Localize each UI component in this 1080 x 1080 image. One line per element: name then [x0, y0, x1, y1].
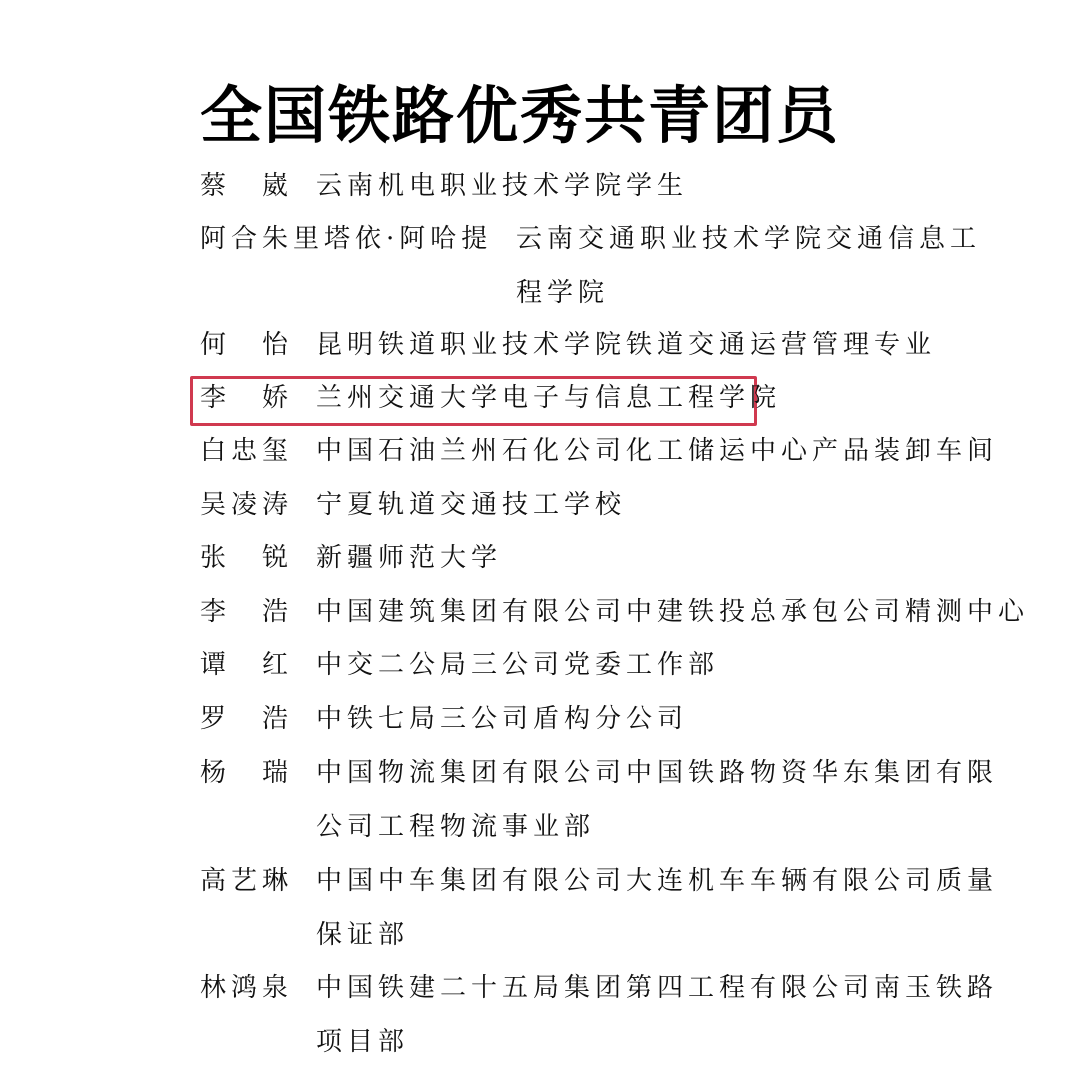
person-name: 罗 浩	[200, 692, 293, 746]
page-title: 全国铁路优秀共青团员	[200, 78, 840, 154]
person-name: 李 浩	[200, 585, 293, 639]
organization-continued: 项目部	[316, 1015, 409, 1069]
person-name: 吴凌涛	[200, 478, 293, 532]
organization: 云南交通职业技术学院交通信息工	[516, 212, 981, 266]
person-name: 白忠玺	[200, 424, 293, 478]
organization: 新疆师范大学	[316, 531, 502, 585]
person-name: 林鸿泉	[200, 961, 293, 1015]
person-name: 张 锐	[200, 531, 293, 585]
organization: 昆明铁道职业技术学院铁道交通运营管理专业	[316, 318, 936, 372]
organization-continued: 程学院	[516, 266, 609, 320]
organization-continued: 公司工程物流事业部	[316, 800, 595, 854]
person-name: 李 娇	[200, 371, 293, 425]
person-name: 杨 瑞	[200, 746, 293, 800]
organization: 中国建筑集团有限公司中建铁投总承包公司精测中心	[316, 585, 1029, 639]
organization: 中国物流集团有限公司中国铁路物资华东集团有限	[316, 746, 998, 800]
person-name: 高艺琳	[200, 854, 293, 908]
person-name: 蔡 崴	[200, 159, 293, 213]
person-name: 何 怡	[200, 318, 293, 372]
organization: 中铁七局三公司盾构分公司	[316, 692, 688, 746]
organization: 云南机电职业技术学院学生	[316, 159, 688, 213]
person-name: 阿合朱里塔依·阿哈提	[200, 212, 492, 266]
organization: 中国中车集团有限公司大连机车车辆有限公司质量	[316, 854, 998, 908]
organization: 兰州交通大学电子与信息工程学院	[316, 371, 781, 425]
organization: 中国铁建二十五局集团第四工程有限公司南玉铁路	[316, 961, 998, 1015]
organization: 宁夏轨道交通技工学校	[316, 478, 626, 532]
organization-continued: 保证部	[316, 908, 409, 962]
organization: 中国石油兰州石化公司化工储运中心产品装卸车间	[316, 424, 998, 478]
organization: 中交二公局三公司党委工作部	[316, 638, 719, 692]
person-name: 谭 红	[200, 638, 293, 692]
